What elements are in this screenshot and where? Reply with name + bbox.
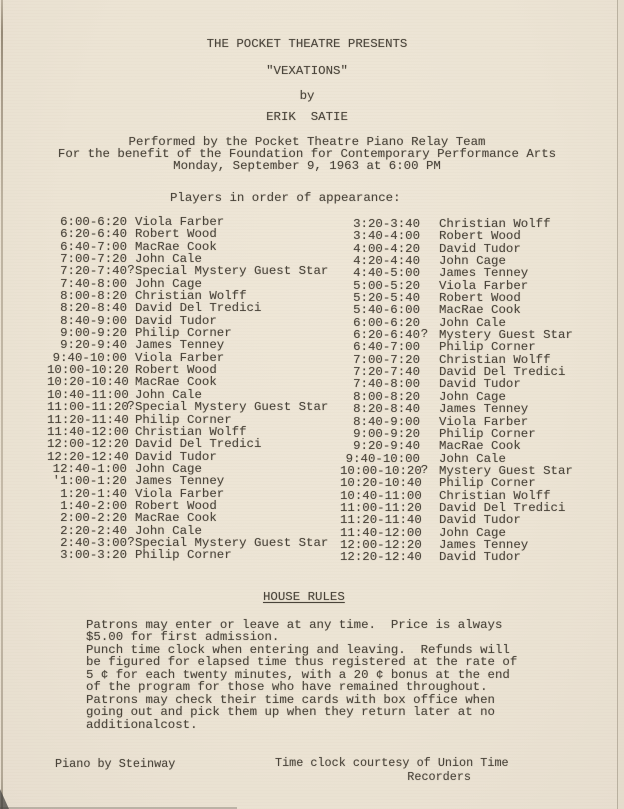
piano-credit: Piano by Steinway [55,757,175,771]
player-time-slot: 8:20-8:40 [47,302,127,314]
scan-edge-right-line [617,0,618,809]
player-time-slot: 9:20-9:40 [47,339,127,351]
player-time-slot: 5:40-6:00 [340,304,420,316]
player-time-slot: '1:00-1:20 [47,475,127,487]
house-rule-line: of the program for those who have remain… [86,681,517,693]
house-rules-body: Patrons may enter or leave at any time. … [86,619,517,731]
player-row: 12:20-12:40David Tudor [340,551,573,563]
player-time-slot: 2:00-2:20 [47,512,127,524]
scan-corner-bottom-left [0,789,9,809]
player-time-slot: 8:40-9:00 [340,416,420,428]
time-clock-credit-line1: Time clock courtesy of Union Time [275,757,485,771]
house-rule-line: going out and pick them up when they ret… [86,706,517,718]
player-row: 5:40-6:00MacRae Cook [340,304,573,316]
player-time-slot: 10:20-10:40 [47,376,127,388]
player-time-slot: 6:40-7:00 [340,341,420,353]
player-time-slot: 3:40-4:00 [340,230,420,242]
question-mark: ? [127,264,135,276]
question-mark: ? [127,536,135,548]
players-column-right: 3:20-3:40Christian Wolff 3:40-4:00Robert… [340,218,573,564]
player-time-slot: 12:20-12:40 [340,551,420,563]
player-time-slot: 10:20-10:40 [340,477,420,489]
player-time-slot: 11:20-11:40 [340,514,420,526]
player-row: 11:20-11:40David Tudor [340,514,573,526]
player-row: 4:40-5:00James Tenney [340,267,573,279]
presenter-line: THE POCKET THEATRE PRESENTS [0,37,614,51]
player-time-slot: 7:20-7:40 [47,265,127,277]
house-rule-line: be figured for elapsed time thus registe… [86,656,517,668]
player-row: 9:20-9:40MacRae Cook [340,440,573,452]
players-heading: Players in order of appearance: [170,191,401,205]
question-mark: ? [127,400,135,412]
player-row: 3:00-3:20Philip Corner [47,549,328,561]
question-mark: ? [420,464,429,476]
program-page: THE POCKET THEATRE PRESENTS "VEXATIONS" … [0,0,624,809]
player-time-slot: 12:00-12:20 [47,438,127,450]
player-time-slot: 8:20-8:40 [340,403,420,415]
datetime-line: Monday, September 9, 1963 at 6:00 PM [0,159,614,173]
scan-edge-right-strip [618,0,624,809]
time-clock-credit: Time clock courtesy of Union Time Record… [275,757,485,784]
composer-name: ERIK SATIE [0,110,614,124]
player-row: 8:40-9:00Viola Farber [340,416,573,428]
player-row: 8:20-8:40James Tenney [340,403,573,415]
player-row: 7:40-8:00David Tudor [340,378,573,390]
players-column-left: 6:00-6:20Viola Farber 6:20-6:40Robert Wo… [47,216,328,562]
time-clock-credit-line2: Recorders [275,771,485,785]
house-rules-heading: HOUSE RULES [263,590,345,604]
page-title: "VEXATIONS" [0,64,614,78]
player-time-slot: 11:00-11:20 [47,401,127,413]
player-time-slot: 3:00-3:20 [47,549,127,561]
player-name: Philip Corner [135,548,232,562]
by-label: by [0,89,614,103]
player-time-slot: 6:20-6:40 [47,228,127,240]
player-time-slot: 9:20-9:40 [340,440,420,452]
player-row: 6:40-7:00Philip Corner [340,341,573,353]
player-row: 10:20-10:40Philip Corner [340,477,573,489]
question-mark: ? [420,328,429,340]
player-row: 3:40-4:00Robert Wood [340,230,573,242]
house-rule-line: additionalcost. [86,719,517,731]
player-time-slot: 7:40-8:00 [340,378,420,390]
player-name: David Tudor [439,550,521,564]
player-time-slot: 11:20-11:40 [47,414,127,426]
player-time-slot: 4:40-5:00 [340,267,420,279]
